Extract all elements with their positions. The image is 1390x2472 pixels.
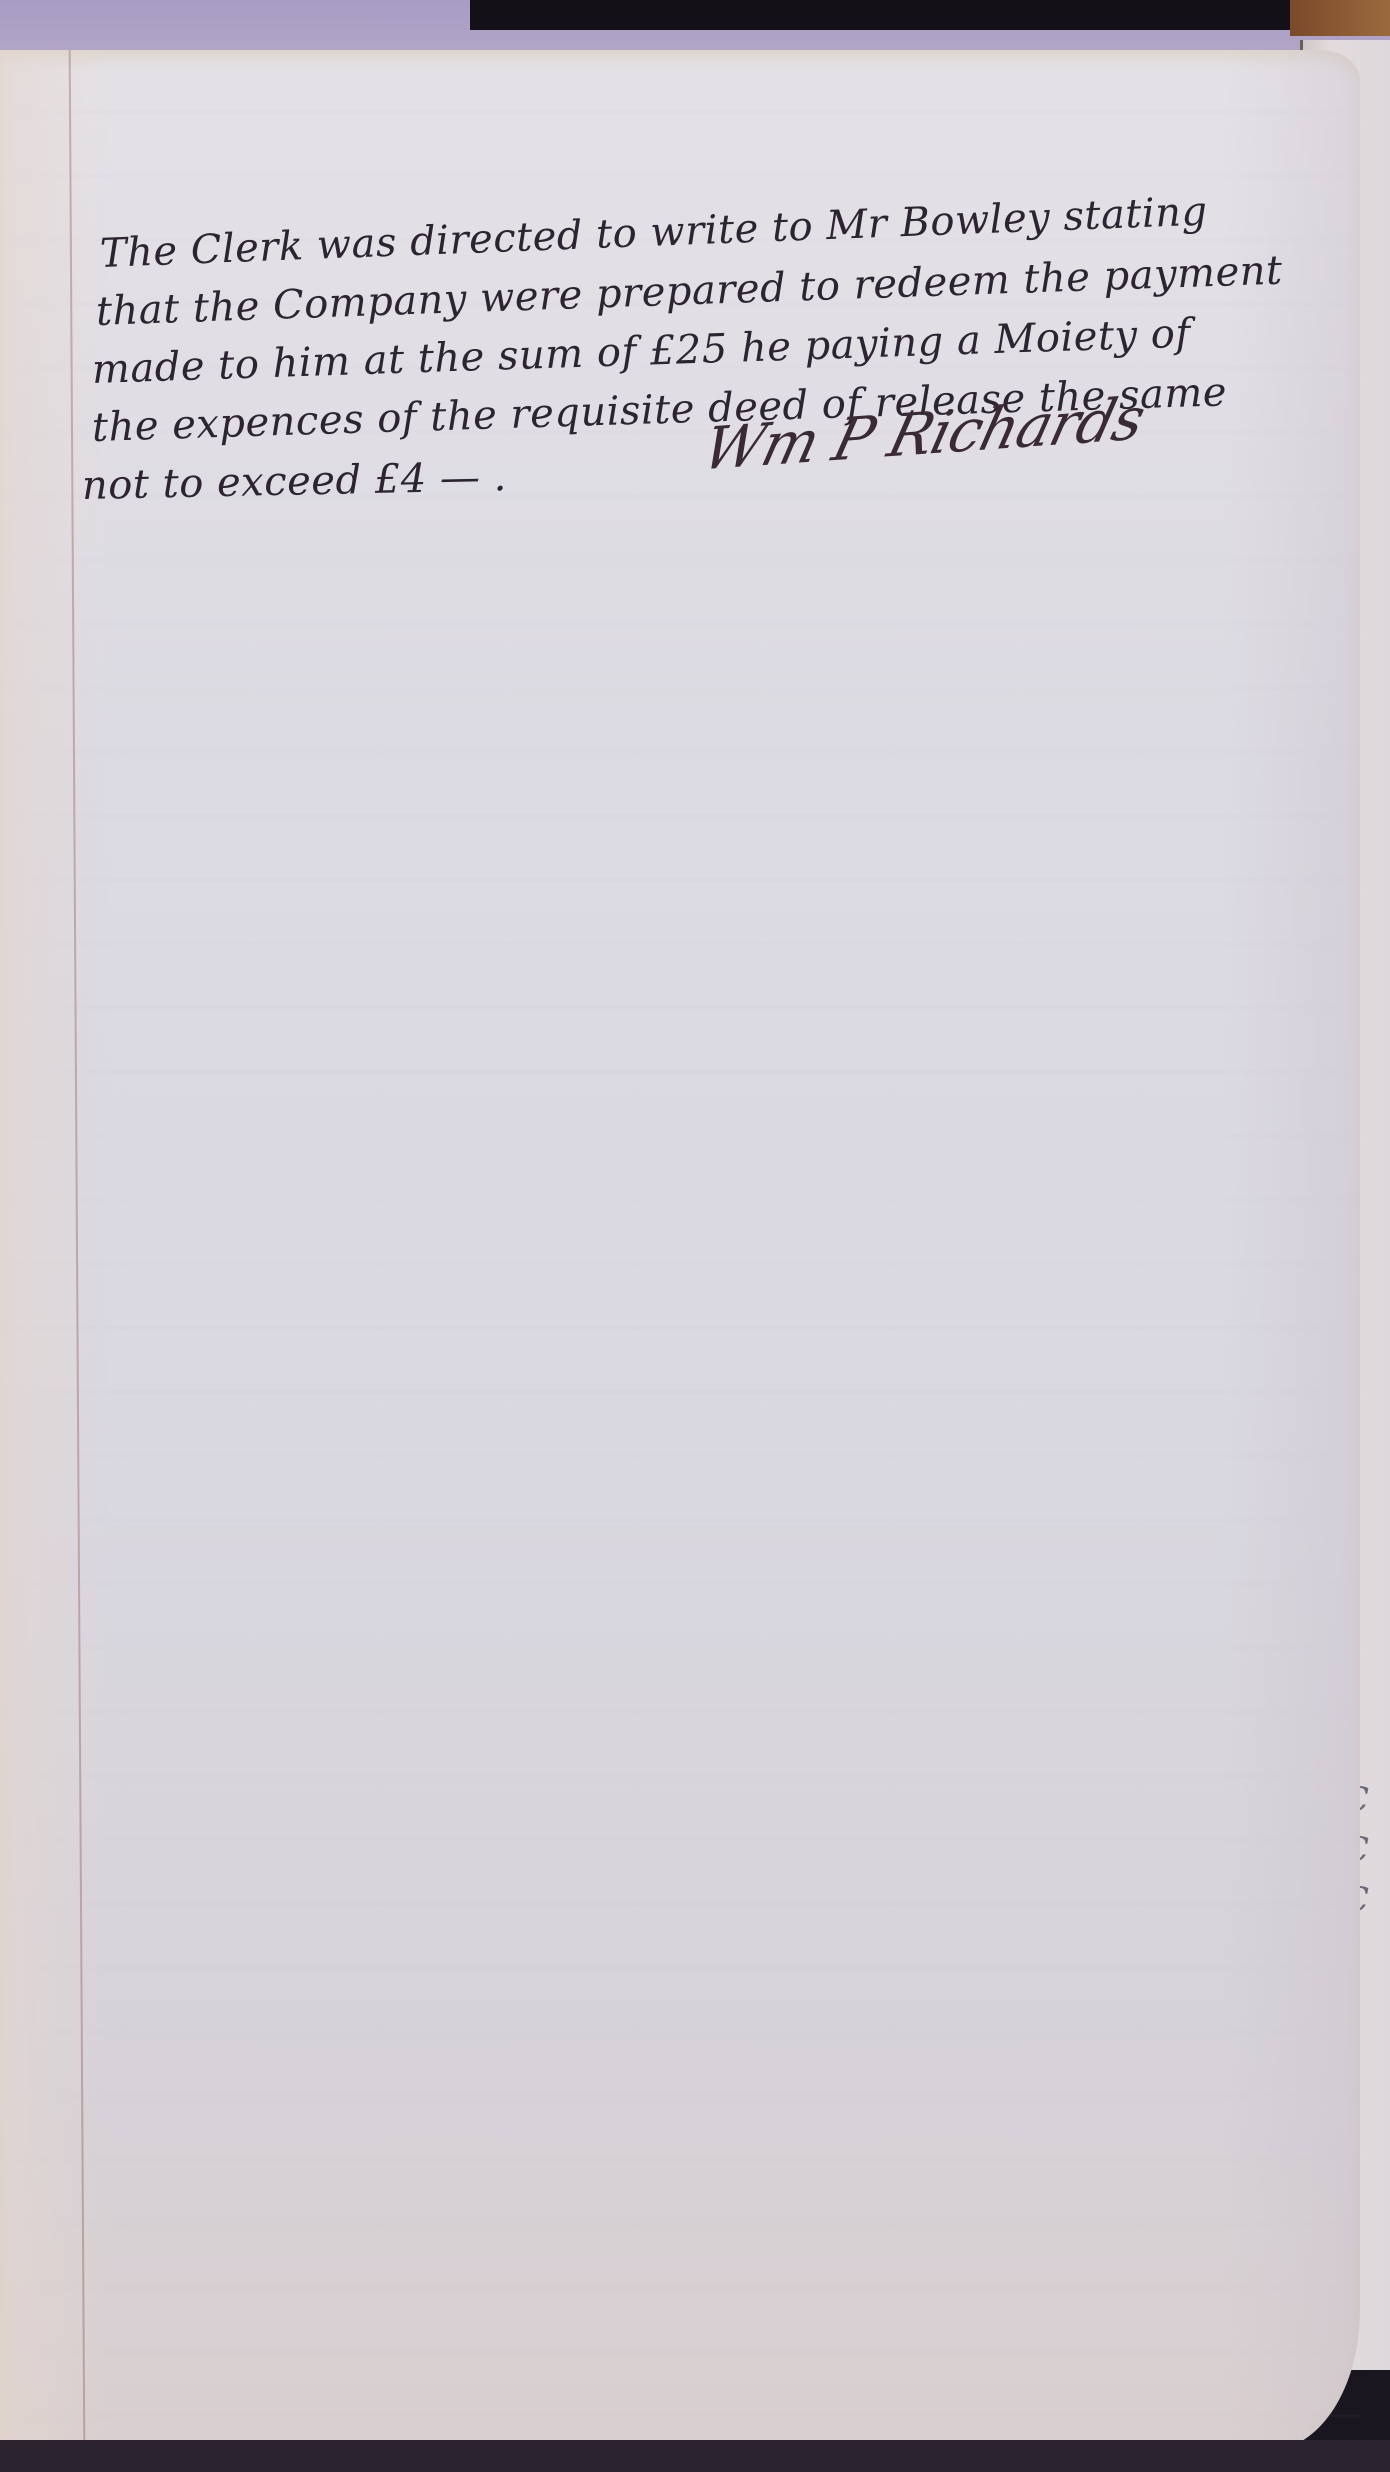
minute-entry: The Clerk was directed to write to Mr Bo…	[92, 225, 1252, 515]
background-shadow	[470, 0, 1290, 30]
book-cover-edge	[1290, 0, 1390, 36]
background-bottom	[0, 2440, 1390, 2472]
margin-rule	[69, 50, 86, 2450]
